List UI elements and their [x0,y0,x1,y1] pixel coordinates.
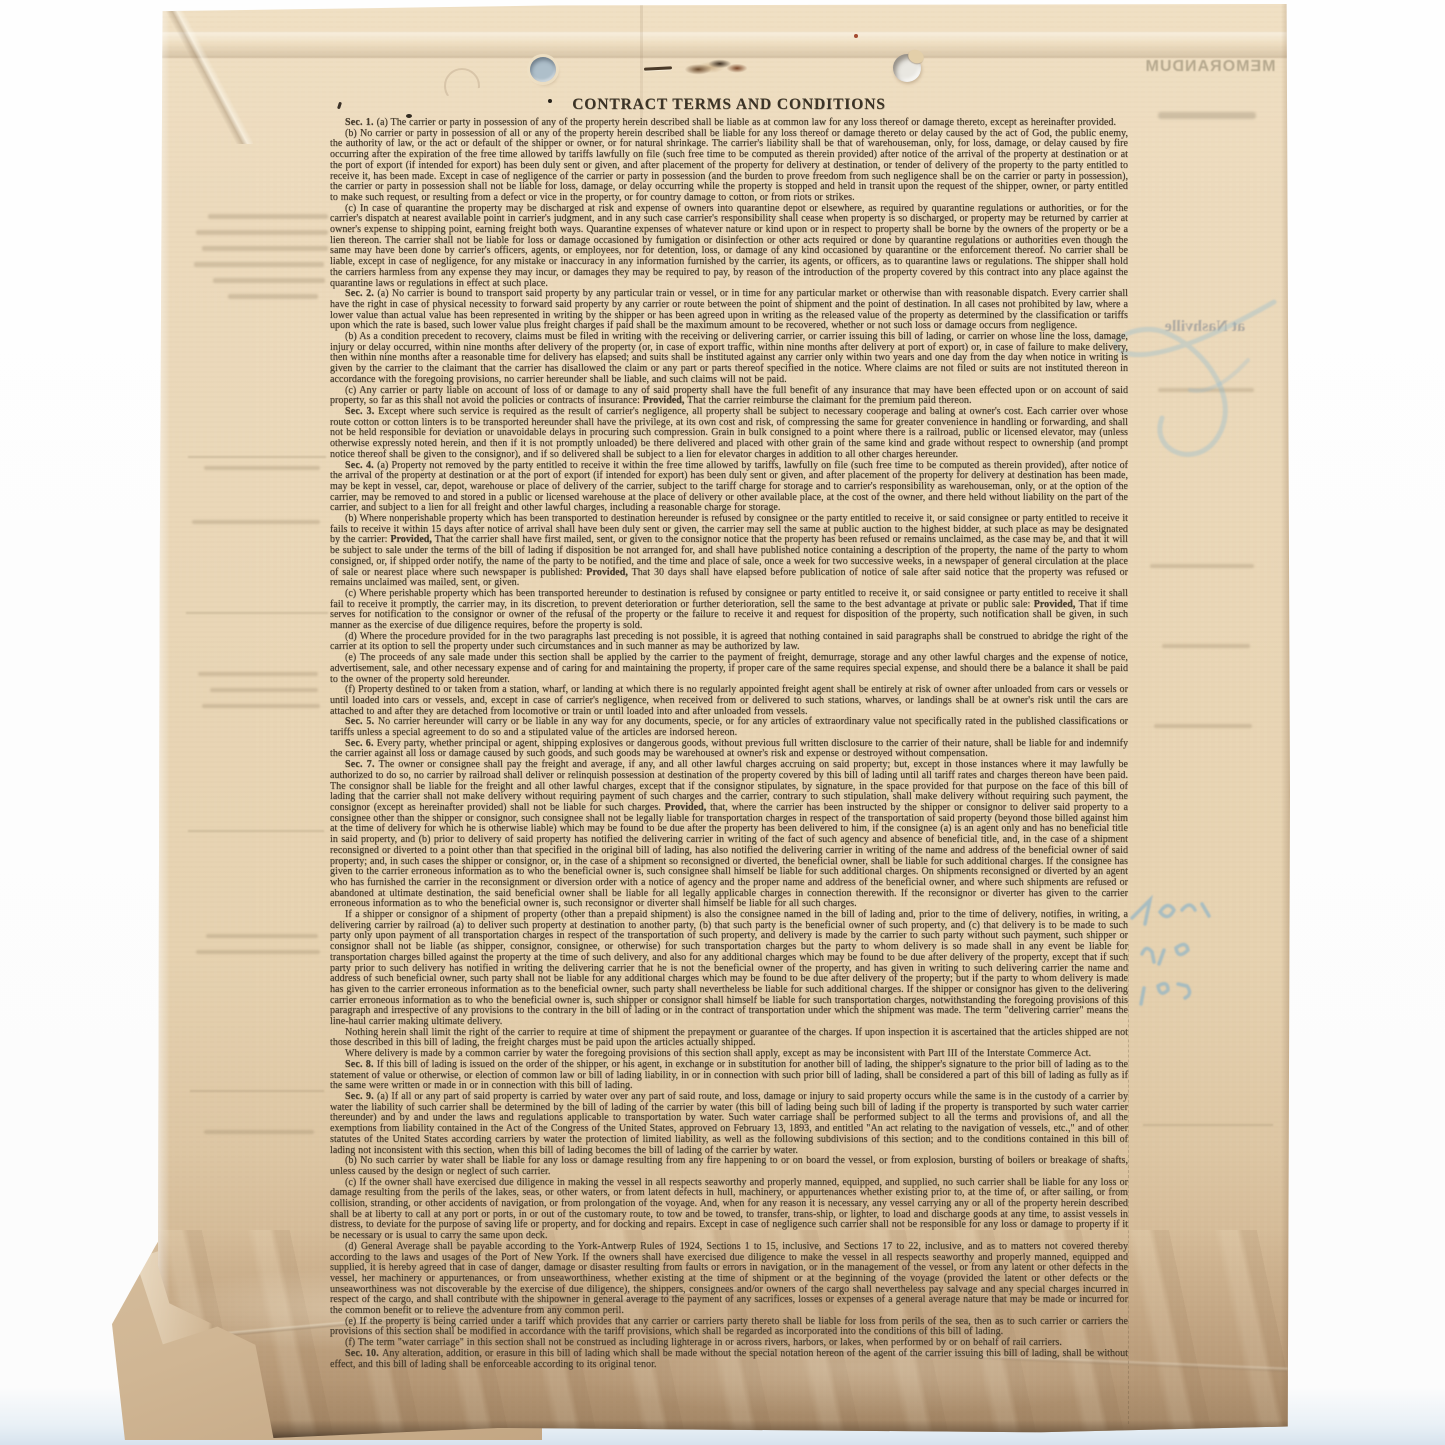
bleedthrough-rule [1143,1124,1273,1126]
contract-paragraph: Sec. 6. Every party, whether principal o… [330,739,1128,760]
bleedthrough-table-line [1128,944,1129,1424]
contract-paragraph: Sec. 5. No carrier hereunder will carry … [330,717,1128,738]
bleedthrough-rule [186,612,328,614]
bleedthrough-faint-line [1150,564,1254,568]
scanned-document: MEMORANDUM at Nashville [0,0,1445,1445]
bleedthrough-faint-line [208,214,328,219]
contract-paragraph: Sec. 8. If this bill of lading is issued… [330,1060,1128,1092]
bleedthrough-rule [190,1090,324,1092]
bleedthrough-faint-line [228,294,318,299]
contract-paragraph: (b) No carrier or party in possession of… [330,129,1128,204]
contract-paragraph: Sec. 2. (a) No carrier is bound to trans… [330,289,1128,332]
contract-paragraph: Sec. 4. (a) Property not removed by the … [330,461,1128,515]
bleedthrough-faint-line [1158,388,1254,392]
bleedthrough-faint-line [192,520,320,524]
bleedthrough-faint-line [1162,644,1250,648]
bleedthrough-faint-line [196,950,320,954]
paper-edge-highlight [158,4,170,1438]
contract-paragraph: (e) If the property is being carried und… [330,1317,1128,1338]
paper-sheet: MEMORANDUM at Nashville [158,4,1290,1438]
contract-paragraph: Sec. 10. Any alteration, addition, or er… [330,1349,1128,1370]
contract-paragraph: (f) Property destined to or taken from a… [330,685,1128,717]
contract-paragraph: (c) Any carrier or party liable on accou… [330,386,1128,407]
bleedthrough-rule [188,456,326,458]
bleedthrough-memorandum-text: MEMORANDUM [1143,58,1277,76]
bleedthrough-faint-line [198,672,318,676]
contract-paragraph: (c) Where perishable property which has … [330,589,1128,632]
bleedthrough-faint-line [196,230,328,235]
page-title: CONTRACT TERMS AND CONDITIONS [330,96,1128,114]
staple-mark [644,66,672,70]
contract-paragraph: (e) The proceeds of any sale made under … [330,653,1128,685]
bleedthrough-faint-line [204,466,320,470]
handwriting-bleedthrough [1126,888,1276,1018]
contract-paragraph: (b) No such carrier by water shall be li… [330,1156,1128,1177]
contract-paragraph: Sec. 7. The owner or consignee shall pay… [330,760,1128,910]
bleedthrough-faint-line [206,934,318,938]
punch-hole-right [893,54,921,82]
contract-paragraph: (b) As a condition precedent to recovery… [330,332,1128,386]
crease-line [158,4,253,144]
contract-paragraph: (d) General Average shall be payable acc… [330,1242,1128,1317]
contract-paragraph: Sec. 9. (a) If all or any part of said p… [330,1092,1128,1156]
bleedthrough-faint-line [1154,724,1252,728]
contract-paragraph: Sec. 3. Except where such service is req… [330,407,1128,461]
staple-tear-mark [678,52,750,80]
bleedthrough-faint-line [194,262,324,267]
bleedthrough-faint-line [204,1130,314,1134]
bleedthrough-faint-line [210,688,318,692]
bleedthrough-location-text: at Nashville [1146,318,1264,336]
punch-hole-left [530,57,556,82]
contract-paragraph: (d) Where the procedure provided for in … [330,632,1128,653]
contract-paragraph: (c) In case of quarantine the property m… [330,204,1128,290]
contract-paragraph: (c) If the owner shall have exercised du… [330,1178,1128,1242]
rust-speck [854,34,858,38]
paper-bottom-edge [158,1420,1290,1438]
contract-paragraph: (b) Where nonperishable property which h… [330,514,1128,589]
bleedthrough-faint-line [202,246,328,251]
paper-edge-shadow [1281,4,1290,1438]
bleedthrough-faint-line [1158,112,1256,119]
bleedthrough-faint-line [213,278,325,283]
bleedthrough-faint-line [202,704,320,708]
bleedthrough-rule [188,830,324,832]
contract-paragraph: If a shipper or consignor of a shipment … [330,910,1128,1028]
contract-body: Sec. 1. (a) The carrier or party in poss… [330,118,1128,1370]
contract-paragraph: Nothing herein shall limit the right of … [330,1028,1128,1049]
